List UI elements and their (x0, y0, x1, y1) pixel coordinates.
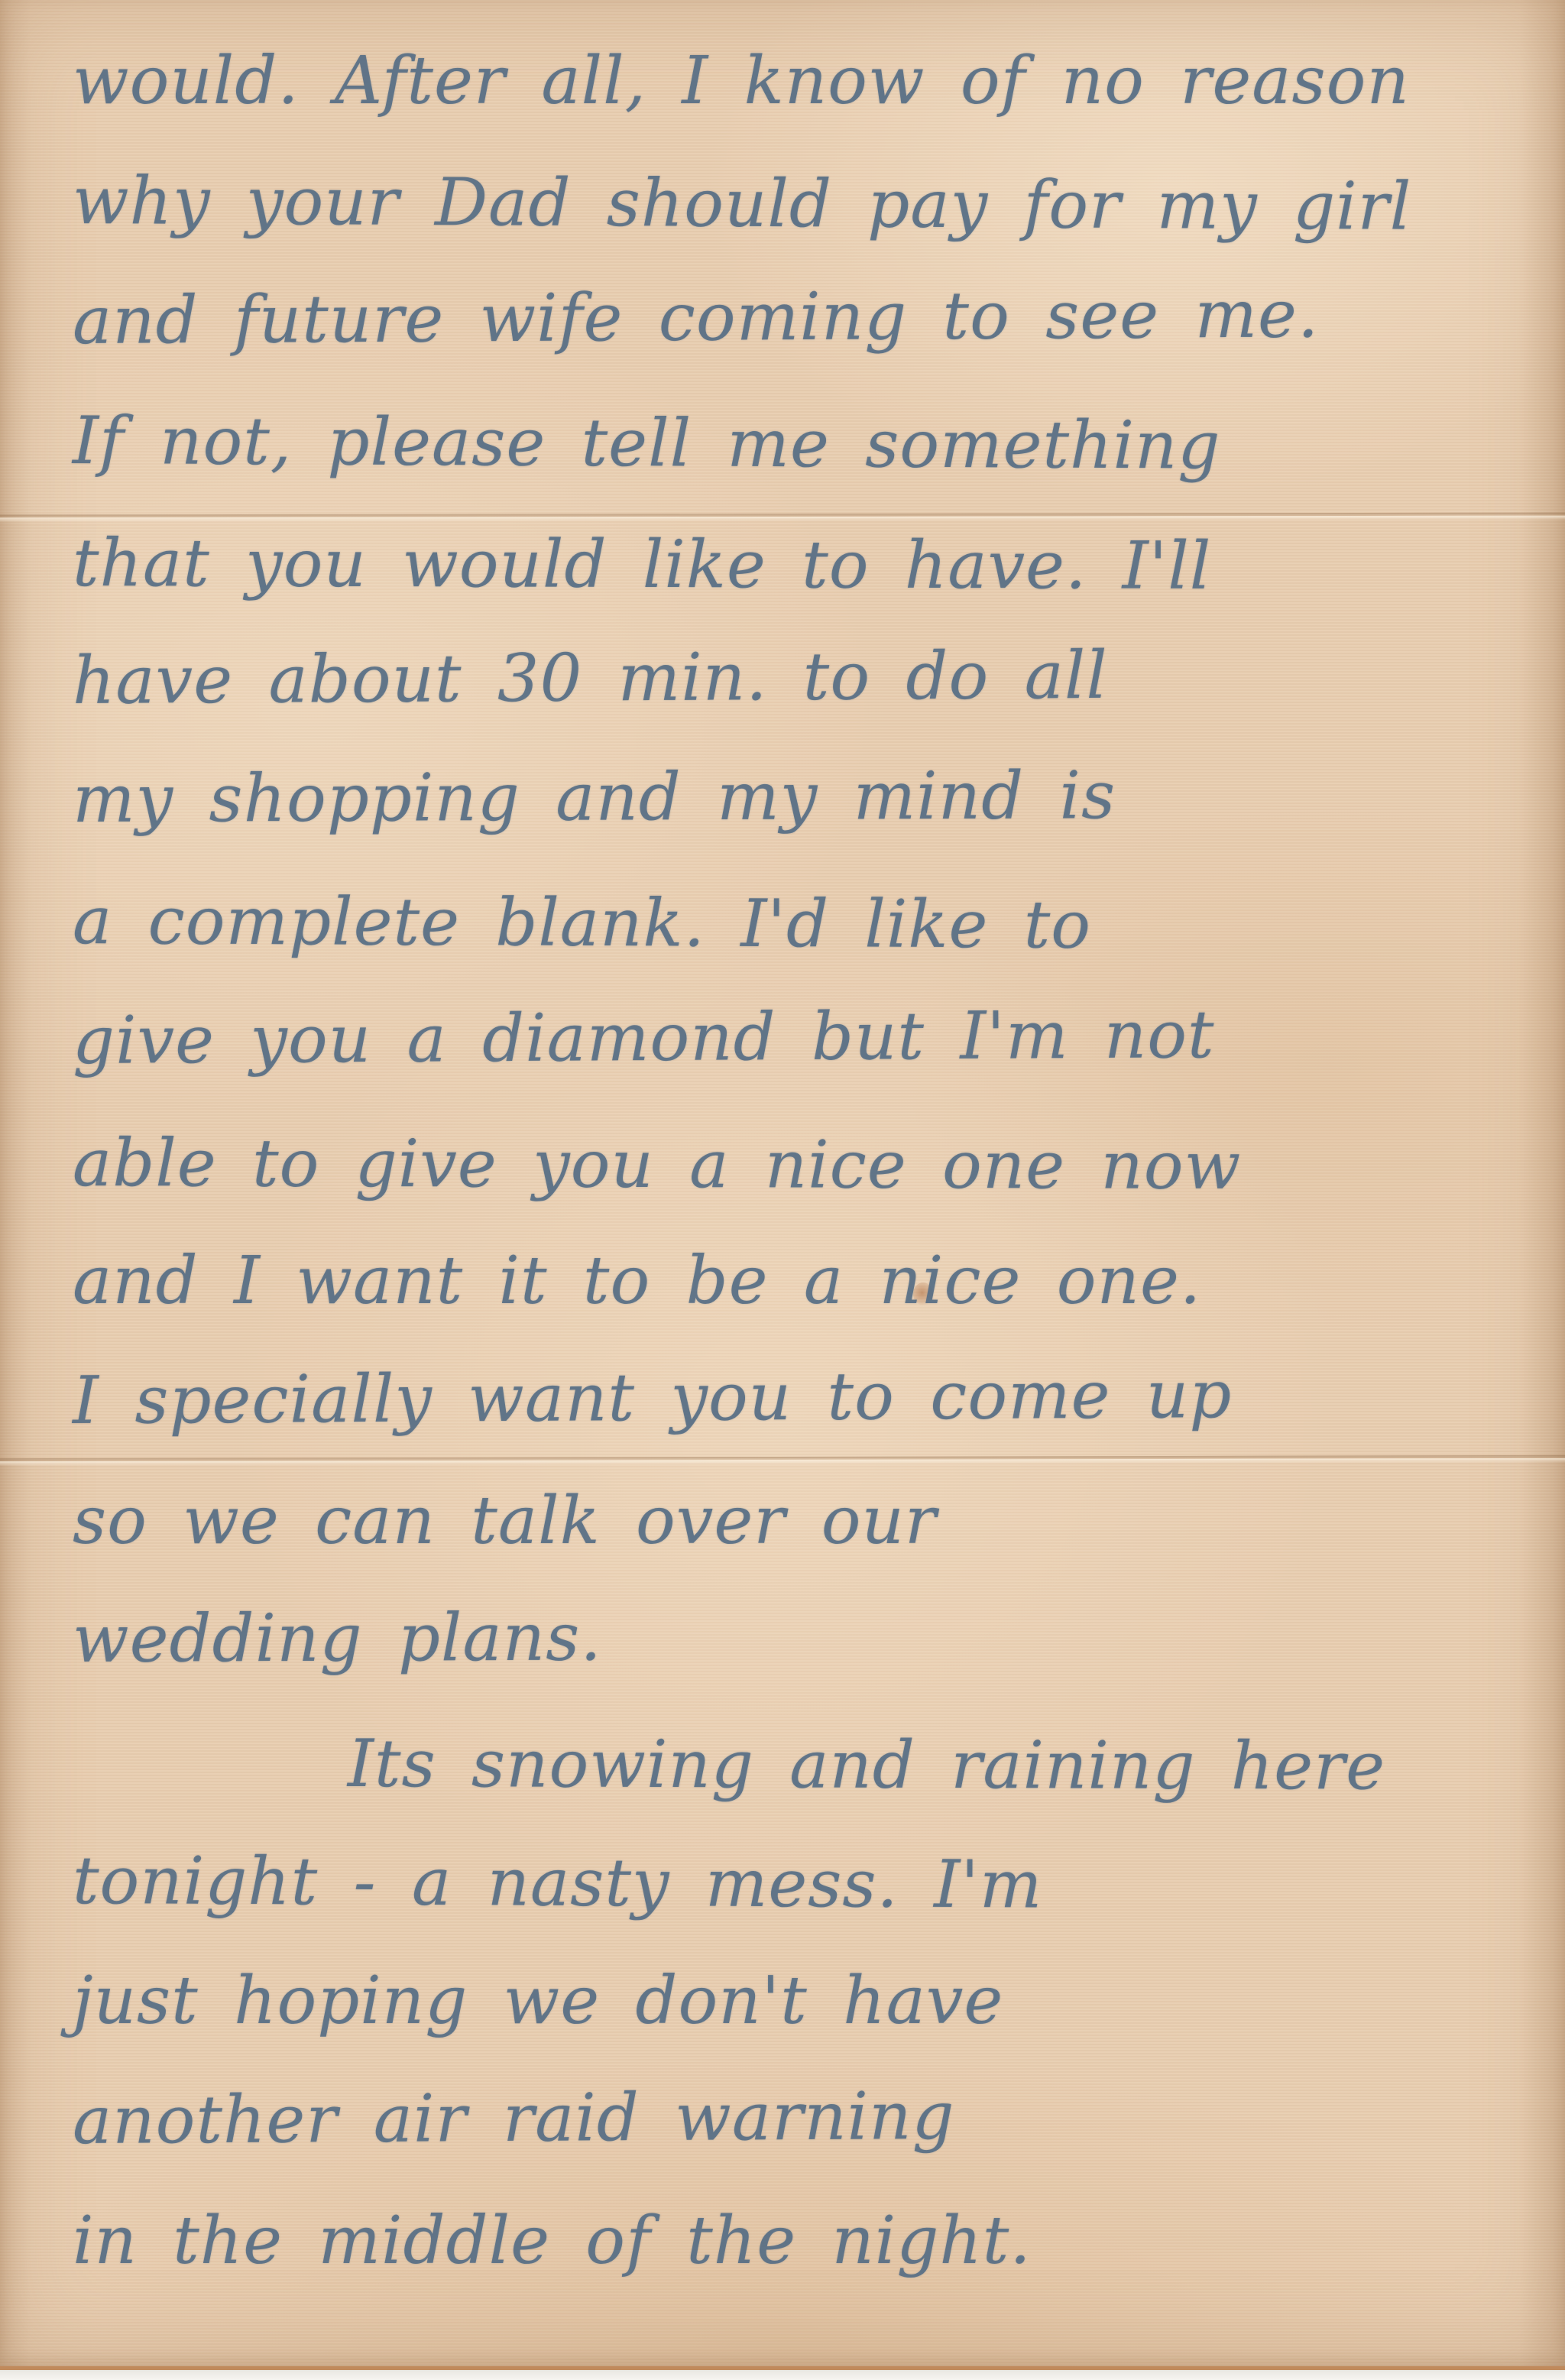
paper-left-edge-shading (0, 0, 31, 2366)
scanned-letter: would. After all, I know of no reasonwhy… (0, 0, 1565, 2380)
handwritten-line-17: just hoping we don't have (73, 1941, 1524, 2061)
handwritten-line-4: If not, please tell me something (73, 381, 1525, 507)
handwritten-line-1: would. After all, I know of no reason (73, 21, 1524, 141)
scanner-background-edge (0, 2370, 1565, 2380)
handwritten-line-13: so we can talk over our (73, 1461, 1524, 1581)
handwritten-line-10: able to give you a nice one now (73, 1104, 1524, 1227)
handwritten-line-15: Its snowing and raining here (73, 1704, 1524, 1827)
handwritten-line-5: that you would like to have. I'll (73, 504, 1524, 627)
handwritten-line-14: wedding plans. (73, 1574, 1525, 1700)
handwritten-line-19: in the middle of the night. (73, 2181, 1524, 2301)
handwritten-line-9: give you a diamond but I'm not (73, 974, 1525, 1101)
letter-body-text: would. After all, I know of no reasonwhy… (73, 21, 1524, 2301)
paper-right-edge-shading (1519, 0, 1565, 2366)
handwritten-line-2: why your Dad should pay for my girl (73, 141, 1525, 268)
letter-paper: would. After all, I know of no reasonwhy… (0, 0, 1565, 2370)
handwritten-line-7: my shopping and my mind is (73, 734, 1525, 860)
handwritten-line-3: and future wife coming to see me. (73, 254, 1525, 381)
handwritten-line-6: have about 30 min. to do all (73, 614, 1525, 741)
handwritten-line-18: another air raid warning (73, 2054, 1525, 2181)
handwritten-line-12: I specially want you to come up (73, 1334, 1525, 1461)
handwritten-line-16: tonight - a nasty mess. I'm (73, 1821, 1525, 1947)
handwritten-line-8: a complete blank. I'd like to (73, 861, 1525, 987)
handwritten-line-11: and I want it to be a nice one. (73, 1221, 1524, 1341)
